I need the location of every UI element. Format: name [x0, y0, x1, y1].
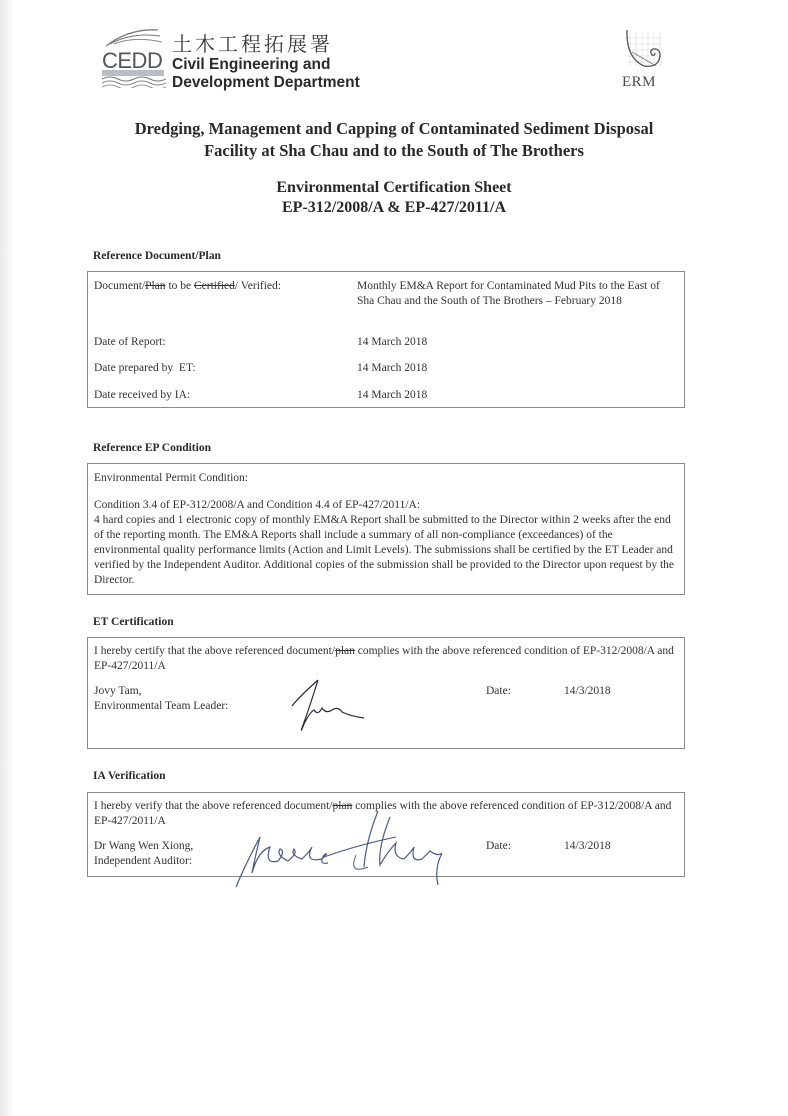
erm-spiral-logo-icon	[622, 28, 664, 70]
et-certification-box: I hereby certify that the above referenc…	[87, 637, 685, 749]
signer-role: Independent Auditor:	[94, 854, 193, 869]
erm-logo: ERM	[620, 28, 670, 92]
cedd-chinese-name: 土木工程拓展署	[172, 28, 333, 57]
condition-title: Condition 3.4 of EP-312/2008/A and Condi…	[94, 498, 679, 513]
document-label: Document/Plan to be Certified/ Verified:	[94, 279, 354, 294]
handwritten-signature-icon	[288, 676, 373, 736]
ref-row-label: Date prepared by ET:	[94, 361, 354, 376]
ia-date-value: 14/3/2018	[564, 839, 611, 854]
signer-role: Environmental Team Leader:	[94, 699, 228, 714]
ia-verification-heading: IA Verification	[93, 770, 166, 782]
ref-row-value: 14 March 2018	[357, 361, 679, 376]
struck-text: Certified	[194, 280, 235, 292]
document-value: Monthly EM&A Report for Contaminated Mud…	[357, 279, 679, 309]
reference-document-box: Document/Plan to be Certified/ Verified:…	[87, 271, 685, 408]
ref-row-label: Date received by IA:	[94, 388, 354, 403]
cedd-name-line2: Development Department	[172, 74, 360, 92]
cedd-logo-icon: CEDD	[100, 24, 166, 88]
ref-row-value: 14 March 2018	[357, 388, 679, 403]
struck-text: plan	[335, 645, 355, 657]
ep-condition-label: Environmental Permit Condition:	[94, 471, 248, 486]
et-certification-statement: I hereby certify that the above referenc…	[94, 644, 679, 674]
svg-text:CEDD: CEDD	[102, 48, 162, 73]
ia-verification-box: I hereby verify that the above reference…	[87, 792, 685, 877]
et-certification-heading: ET Certification	[93, 616, 174, 628]
document-title: Dredging, Management and Capping of Cont…	[60, 118, 728, 162]
ref-row-label: Date of Report:	[94, 335, 354, 350]
condition-body: 4 hard copies and 1 electronic copy of m…	[94, 513, 679, 588]
ref-row-value: 14 March 2018	[357, 335, 679, 350]
et-date-value: 14/3/2018	[564, 684, 611, 699]
cedd-english-name: Civil Engineering and Development Depart…	[172, 56, 360, 92]
signer-name: Dr Wang Wen Xiong,	[94, 839, 193, 854]
sheet-title: Environmental Certification Sheet EP-312…	[60, 178, 728, 218]
sheet-title-line2: EP-312/2008/A & EP-427/2011/A	[60, 198, 728, 218]
struck-text: Plan	[145, 280, 165, 292]
title-line1: Dredging, Management and Capping of Cont…	[60, 118, 728, 140]
ia-date-label: Date:	[486, 839, 511, 854]
ep-condition-box: Environmental Permit Condition: Conditio…	[87, 463, 685, 595]
et-date-label: Date:	[486, 684, 511, 699]
sheet-title-line1: Environmental Certification Sheet	[60, 178, 728, 198]
ep-condition-heading: Reference EP Condition	[93, 442, 211, 454]
title-line2: Facility at Sha Chau and to the South of…	[60, 140, 728, 162]
et-signer: Jovy Tam, Environmental Team Leader:	[94, 684, 228, 714]
erm-logo-text: ERM	[622, 74, 656, 91]
cedd-logo: CEDD 土木工程拓展署 Civil Engineering and Devel…	[100, 24, 370, 94]
reference-document-heading: Reference Document/Plan	[93, 250, 221, 262]
signer-name: Jovy Tam,	[94, 684, 228, 699]
cedd-name-line1: Civil Engineering and	[172, 56, 360, 74]
handwritten-signature-icon	[228, 807, 478, 895]
ep-condition-text: Condition 3.4 of EP-312/2008/A and Condi…	[94, 498, 679, 588]
scan-shadow	[0, 0, 14, 1116]
ia-signer: Dr Wang Wen Xiong, Independent Auditor:	[94, 839, 193, 869]
